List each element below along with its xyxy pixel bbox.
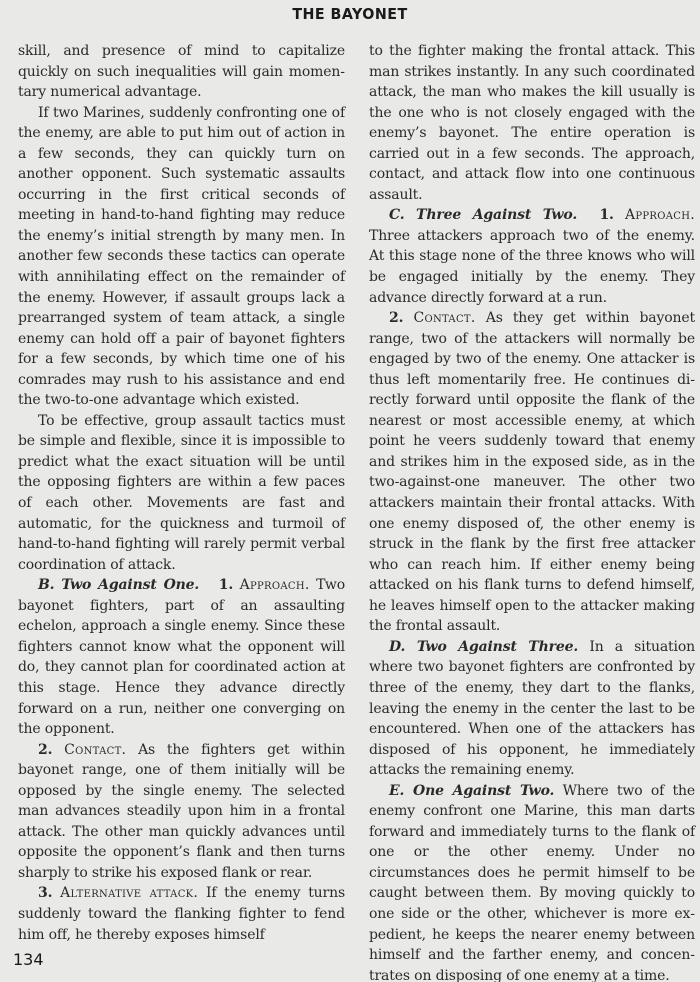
section-b-step1-text: Two bayonet fighters, part of an assault…	[18, 577, 345, 737]
section-e-heading: E. One Against Two.	[389, 783, 554, 799]
section-d-heading: D. Two Against Three.	[389, 639, 578, 655]
section-b-step2-number: 2.	[38, 742, 52, 758]
section-b-heading: B. Two Against One.	[38, 577, 199, 593]
section-c-step1-label: Approach.	[625, 207, 695, 223]
section-c-contact: 2. Contact. As they get within bayonet r…	[369, 308, 695, 637]
section-c-approach: C. Three Against Two. 1. Approach. Three…	[369, 205, 695, 308]
section-c-step2-label: Contact.	[413, 310, 475, 326]
section-e: E. One Against Two. Where two of the ene…	[369, 781, 695, 982]
left-column: skill, and presence of mind to capitaliz…	[18, 41, 345, 945]
paragraph-frontal-attack: to the fighter making the frontal attack…	[369, 41, 695, 205]
paragraph-two-marines: If two Marines, suddenly confronting one…	[18, 103, 345, 411]
section-b-step2-text: As the fighters get within bayonet range…	[18, 742, 345, 881]
section-e-text: Where two of the enemy confront one Mari…	[369, 783, 695, 982]
section-b-alternative: 3. Alternative attack. If the enemy turn…	[18, 883, 345, 945]
paragraph-continued: skill, and presence of mind to capitaliz…	[18, 41, 345, 103]
section-b-step3-number: 3.	[38, 885, 52, 901]
section-b-step1-number: 1.	[219, 577, 233, 593]
section-b-step3-label: Alternative attack.	[60, 885, 198, 901]
page-number: 134	[13, 950, 44, 969]
paragraph-group-tactics: To be effective, group assault tactics m…	[18, 411, 345, 575]
section-c-step1-number: 1.	[599, 207, 613, 223]
section-b-step1-label: Approach.	[240, 577, 310, 593]
section-c-step2-number: 2.	[389, 310, 403, 326]
section-b-approach: B. Two Against One. 1. Approach. Two bay…	[18, 575, 345, 739]
section-c-step2-text: As they get within bayonet range, two of…	[369, 310, 695, 634]
section-b-contact: 2. Contact. As the fighters get within b…	[18, 740, 345, 884]
section-c-heading: C. Three Against Two.	[389, 207, 577, 223]
section-d-text: In a situation where two bayonet fighter…	[369, 639, 695, 778]
section-b-step2-label: Contact.	[64, 742, 126, 758]
right-column: to the fighter making the frontal attack…	[369, 41, 695, 982]
section-d: D. Two Against Three. In a situation whe…	[369, 637, 695, 781]
section-c-step1-text: Three attackers approach two of the enem…	[369, 228, 695, 306]
running-head: THE BAYONET	[28, 5, 672, 23]
